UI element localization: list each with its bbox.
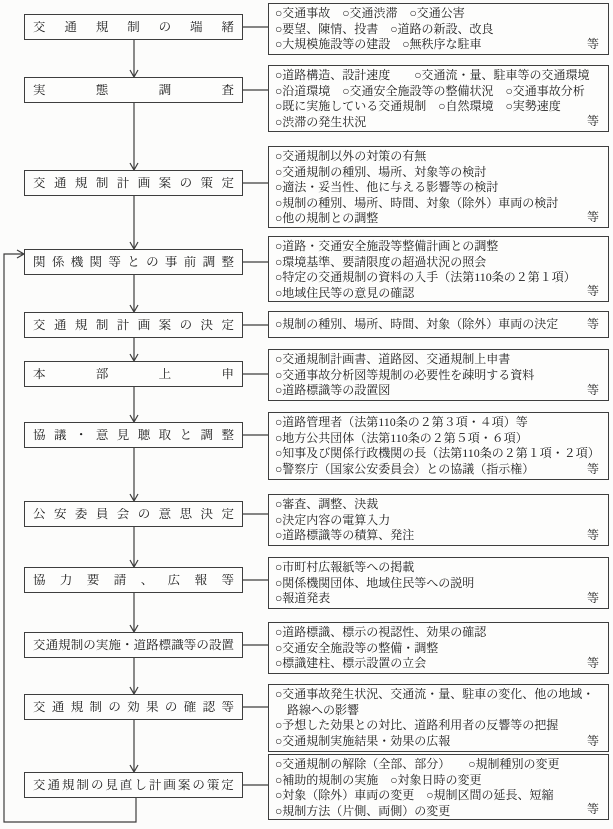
stage-label: 関係機関等との事前調整: [33, 256, 234, 269]
detail-box-commission-decision: ○審査、調整、決裁 ○決定内容の電算入力 ○道路標識等の積算、発注 等: [268, 494, 609, 546]
flow-arrow-line: [130, 720, 138, 772]
stage-label: 実態調査: [33, 84, 234, 97]
detail-box-cooperation-pr: ○市町村広報紙等への掲載 ○関係機関団体、地域住民等への説明 ○報道発表 等: [268, 557, 609, 609]
detail-box-effect-review: ○交通事故発生状況、交通流・量、駐車の変化、他の地域・ 路線への影響 ○予想した…: [268, 684, 609, 752]
detail-item: ○警察庁（国家公安委員会）との協議（指示権）: [275, 462, 602, 478]
detail-item: ○交通規制実施結果・効果の広報: [275, 734, 602, 750]
flow-arrow-line: [130, 387, 138, 422]
detail-item: ○適法・妥当性、他に与える影響等の検討: [275, 180, 602, 196]
detail-item: ○交通事故 ○交通渋滞 ○交通公害: [275, 6, 602, 22]
stage-label: 交通規制計画案の策定: [33, 177, 234, 190]
stage-label: 公安委員会の意思決定: [33, 508, 234, 521]
stage-label: 協議・意見聴取と調整: [33, 429, 234, 442]
etc-label: 等: [587, 528, 599, 544]
stage-label: 交通規制の効果の確認等: [33, 701, 234, 714]
detail-item: ○補助的規制の実施 ○対象日時の変更: [275, 773, 602, 789]
stage-box-preliminary-coordination: 関係機関等との事前調整: [24, 249, 243, 275]
detail-item: ○要望、陳情、投書 ○道路の新設、改良: [275, 22, 602, 38]
detail-box-implementation: ○道路標識、標示の視認性、効果の確認 ○交通安全施設等の整備・調整 ○標識建柱、…: [268, 622, 609, 674]
detail-item: ○関係機関団体、地域住民等への説明: [275, 576, 602, 592]
detail-item: ○道路標識等の積算、発注: [275, 528, 602, 544]
etc-label: 等: [587, 383, 599, 399]
detail-item: ○規制の種別、場所、時間、対象（除外）車両の検討: [275, 196, 602, 212]
detail-item: ○道路構造、設計速度 ○交通流・量、駐車等の交通環境: [275, 68, 602, 84]
detail-item: ○交通規制計画書、道路図、交通規制上申書: [275, 352, 602, 368]
detail-item: ○交通規制以外の対策の有無: [275, 149, 602, 165]
detail-item: ○対象（除外）車両の変更 ○規制区間の延長、短縮: [275, 788, 602, 804]
detail-item: ○規制の種別、場所、時間、対象（除外）車両の決定: [275, 317, 602, 333]
detail-item: ○大規模施設等の建設 ○無秩序な駐車: [275, 37, 602, 53]
detail-item: ○道路管理者（法第110条の２第３項・４項）等: [275, 415, 602, 431]
detail-item: ○交通事故発生状況、交通流・量、駐車の変化、他の地域・: [275, 687, 602, 703]
flow-arrow-line: [130, 275, 138, 312]
detail-item: ○規制方法（片側、両側）の変更: [275, 804, 602, 820]
stage-label: 交通規制計画案の決定: [33, 319, 234, 332]
detail-item: ○地域住民等の意見の確認: [275, 286, 602, 302]
flow-arrow-line: [130, 658, 138, 694]
detail-item: ○道路標識、標示の視認性、効果の確認: [275, 625, 602, 641]
flow-arrow-line: [130, 196, 138, 249]
detail-box-revision-plan: ○交通規制の解除（全部、部分） ○規制種別の変更 ○補助的規制の実施 ○対象日時…: [268, 754, 609, 820]
flow-arrow-line: [130, 593, 138, 632]
etc-label: 等: [587, 462, 599, 478]
stage-box-implementation: 交通規制の実施・道路標識等の設置: [24, 632, 243, 658]
etc-label: 等: [587, 802, 599, 818]
etc-label: 等: [587, 37, 599, 53]
detail-item: ○地方公共団体（法第110条の２第５項・６項）: [275, 431, 602, 447]
detail-item: ○交通安全施設等の整備・調整: [275, 641, 602, 657]
etc-label: 等: [587, 114, 599, 130]
stage-box-consultation: 協議・意見聴取と調整: [24, 422, 243, 448]
detail-item: ○決定内容の電算入力: [275, 513, 602, 529]
flow-arrow-line: [130, 448, 138, 501]
etc-label: 等: [587, 656, 599, 672]
stage-label: 交通規制の実施・道路標識等の設置: [33, 639, 234, 652]
stage-box-plan-decision: 交通規制計画案の決定: [24, 312, 243, 338]
stage-box-initiation: 交通規制の端緒: [24, 14, 243, 40]
flow-arrow-line: [130, 103, 138, 170]
stage-box-hq-submission: 本部上申: [24, 361, 243, 387]
detail-item: ○環境基準、要請限度の超過状況の照会: [275, 255, 602, 271]
stage-box-commission-decision: 公安委員会の意思決定: [24, 501, 243, 527]
etc-label: 等: [587, 210, 599, 226]
stage-box-effect-review: 交通規制の効果の確認等: [24, 694, 243, 720]
detail-item: ○市町村広報紙等への掲載: [275, 560, 602, 576]
detail-item: 路線への影響: [275, 703, 602, 719]
stage-label: 交通規制の見直し計画案の策定: [33, 779, 234, 792]
detail-item: ○既に実施している交通規制 ○自然環境 ○実勢速度: [275, 99, 602, 115]
detail-item: ○標識建柱、標示設置の立会: [275, 656, 602, 672]
detail-item: ○知事及び関係行政機関の長（法第110条の２第１項・２項）: [275, 446, 602, 462]
stage-box-revision-plan: 交通規制の見直し計画案の策定: [24, 772, 243, 798]
detail-box-initiation: ○交通事故 ○交通渋滞 ○交通公害 ○要望、陳情、投書 ○道路の新設、改良 ○大…: [268, 3, 609, 55]
detail-box-preliminary-coordination: ○道路・交通安全施設等整備計画との調整 ○環境基準、要請限度の超過状況の照会 ○…: [268, 236, 609, 302]
detail-box-consultation: ○道路管理者（法第110条の２第３項・４項）等 ○地方公共団体（法第110条の２…: [268, 412, 609, 480]
stage-box-plan-drafting: 交通規制計画案の策定: [24, 170, 243, 196]
detail-item: ○予想した効果との対比、道路利用者の反響等の把握: [275, 718, 602, 734]
flow-arrow-line: [130, 338, 138, 361]
detail-box-hq-submission: ○交通規制計画書、道路図、交通規制上申書 ○交通事故分析図等規制の必要性を疎明す…: [268, 349, 609, 401]
detail-item: ○沿道環境 ○交通安全施設等の整備状況 ○交通事故分析: [275, 84, 602, 100]
detail-box-plan-drafting: ○交通規制以外の対策の有無 ○交通規制の種別、場所、対象等の検討 ○適法・妥当性…: [268, 146, 609, 228]
stage-box-field-survey: 実態調査: [24, 77, 243, 103]
detail-item: ○交通規制の解除（全部、部分） ○規制種別の変更: [275, 757, 602, 773]
flow-arrow-line: [130, 527, 138, 567]
stage-label: 本部上申: [33, 368, 234, 381]
etc-label: 等: [587, 734, 599, 750]
detail-box-plan-decision: ○規制の種別、場所、時間、対象（除外）車両の決定 等: [268, 311, 609, 338]
stage-label: 交通規制の端緒: [33, 21, 234, 34]
stage-label: 協力要請、広報等: [33, 574, 234, 587]
etc-label: 等: [587, 317, 599, 333]
detail-item: ○審査、調整、決裁: [275, 497, 602, 513]
detail-item: ○道路標識等の設置図: [275, 383, 602, 399]
detail-item: ○他の規制との調整: [275, 211, 602, 227]
flowchart-canvas: 交通規制の端緒 ○交通事故 ○交通渋滞 ○交通公害 ○要望、陳情、投書 ○道路の…: [0, 0, 613, 829]
stage-box-cooperation-pr: 協力要請、広報等: [24, 567, 243, 593]
detail-item: ○特定の交通規制の資料の入手（法第110条の２第１項）: [275, 270, 602, 286]
detail-box-field-survey: ○道路構造、設計速度 ○交通流・量、駐車等の交通環境 ○沿道環境 ○交通安全施設…: [268, 65, 609, 132]
detail-item: ○交通事故分析図等規制の必要性を疎明する資料: [275, 368, 602, 384]
detail-item: ○渋滞の発生状況: [275, 115, 602, 131]
detail-item: ○道路・交通安全施設等整備計画との調整: [275, 239, 602, 255]
flow-arrow-line: [130, 40, 138, 77]
detail-item: ○交通規制の種別、場所、対象等の検討: [275, 165, 602, 181]
etc-label: 等: [587, 284, 599, 300]
detail-item: ○報道発表: [275, 591, 602, 607]
etc-label: 等: [587, 591, 599, 607]
